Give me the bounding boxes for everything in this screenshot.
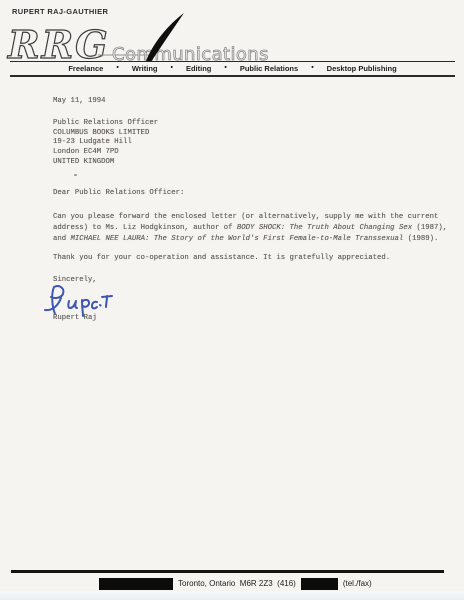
signature-stroke <box>51 286 63 314</box>
signature-stroke <box>100 305 101 306</box>
recipient-line: COLUMBUS BOOKS LIMITED <box>53 129 158 139</box>
signature-stroke <box>68 301 77 308</box>
recipient-line: UNITED KINGDOM <box>53 158 158 168</box>
service-label: Freelance <box>68 64 103 73</box>
scan-edge <box>0 591 464 600</box>
bullet-separator: • <box>171 65 173 72</box>
signature-stroke <box>102 296 112 307</box>
signature-stroke <box>92 302 97 309</box>
typed-signature-name: Rupert Raj <box>53 314 97 324</box>
service-label: Editing <box>186 64 211 73</box>
scanned-letter-page: RUPERT RAJ-GAUTHIER RRG Communications F… <box>0 0 464 600</box>
rrg-logo: RRG Communications <box>0 4 300 68</box>
bullet-separator: • <box>224 65 226 72</box>
salutation: Dear Public Relations Officer: <box>53 189 184 199</box>
footer-address-row: Toronto, Ontario M6R 2Z3 (416) (tel./fax… <box>99 577 372 590</box>
book-title: BODY SHOCK: The Truth About Changing Sex <box>237 224 412 232</box>
body-paragraph-1: Can you please forward the enclosed lett… <box>53 212 452 246</box>
footer-rule <box>11 570 444 573</box>
paragraph-text: (1989). <box>403 235 438 243</box>
footer-tel-label: (tel./fax) <box>343 579 372 588</box>
services-bar: Freelance • Writing • Editing • Public R… <box>10 61 455 77</box>
service-label: Desktop Publishing <box>327 64 397 73</box>
letter-date: May 11, 1994 <box>53 97 106 107</box>
recipient-line: London EC4M 7PD <box>53 148 158 158</box>
scan-speck <box>74 174 77 176</box>
footer-city-text: Toronto, Ontario M6R 2Z3 (416) <box>178 579 296 588</box>
recipient-line: Public Relations Officer <box>53 119 158 129</box>
recipient-address: Public Relations OfficerCOLUMBUS BOOKS L… <box>53 119 158 168</box>
redaction-box-phone <box>301 578 338 590</box>
recipient-line: 19-23 Ludgate Hill <box>53 138 158 148</box>
service-label: Public Relations <box>240 64 298 73</box>
book-title: MICHAEL NEE LAURA: The Story of the Worl… <box>71 235 404 243</box>
redaction-box-street <box>99 578 173 590</box>
service-label: Writing <box>132 64 158 73</box>
bullet-separator: • <box>116 65 118 72</box>
body-paragraph-2: Thank you for your co-operation and assi… <box>53 254 390 264</box>
bullet-separator: • <box>311 65 313 72</box>
